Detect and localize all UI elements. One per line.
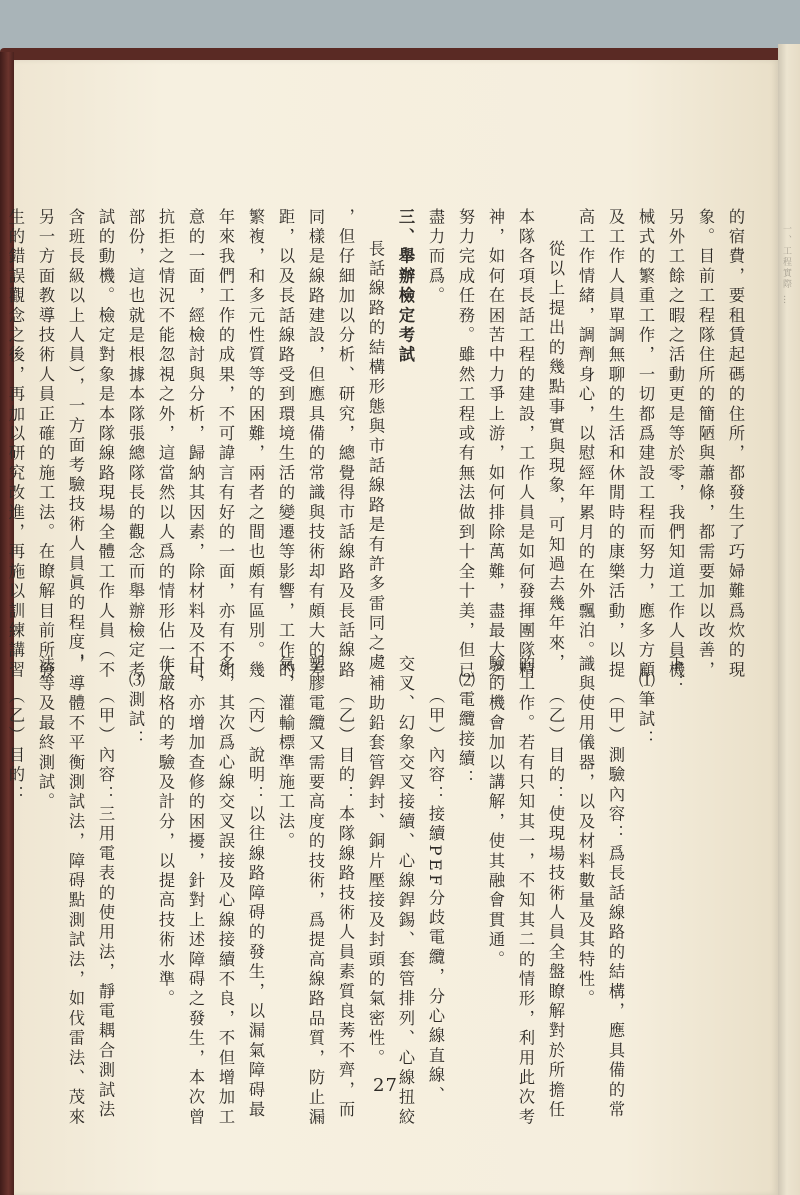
page-number: 27: [373, 1075, 398, 1096]
text-line: 努力完成任務。雖然工程或有無法做到十全十美，但已: [450, 208, 480, 638]
text-line: 作嚴格的考驗及計分，以提高技術水準。: [150, 655, 180, 1055]
text-line: 及工作人員單調無聊的生活和休閒時的康樂活動，以提: [600, 208, 630, 638]
text-line: 從以上提出的幾點事實與現象，可知過去幾年來，: [540, 208, 570, 638]
text-line: 另外工餘之暇之活動更是等於零，我們知道工作人員機: [660, 208, 690, 638]
text-line: 部份，這也就是根據本隊張總隊長的觀念而舉辦檢定考: [120, 208, 150, 638]
text-line: （丙）說明：以往線路障碍的發生，以漏氣障碍最: [240, 655, 270, 1055]
text-line: （甲）測驗內容：爲長話線路的結構，應具備的常: [600, 655, 630, 1055]
text-line: 年來我們工作的成果，不可諱言有好的一面，亦有不如: [210, 208, 240, 638]
text-line: （甲）內容：三用電表的使用法，靜電耦合測試法: [90, 655, 120, 1055]
text-line: 意的一面，經檢討與分析，歸納其因素，除材料及不可: [180, 208, 210, 638]
text-line: 生的錯誤觀念之後，再加以研究改進，再施以訓練講習: [0, 208, 30, 638]
text-line: 抗拒之情況不能忽視之外，這當然以人爲的情形佔一大: [150, 208, 180, 638]
text-line: 械式的繁重工作，一切都爲建設工程而努力，應多方顧: [630, 208, 660, 638]
text-line: 距，以及長話線路受到環境生活的變遷等影響，工作的: [270, 208, 300, 638]
text-line: 盡力而爲。: [420, 208, 450, 638]
section-heading: 三、舉辦檢定考試: [390, 208, 420, 638]
text-block-lower: 下：⑴筆試：（甲）測驗內容：爲長話線路的結構，應具備的常識與使用儀器，以及材料數…: [80, 655, 690, 1055]
text-line: 、補助鉛套管銲封、銅片壓接及封頭的氣密性。: [360, 655, 390, 1055]
text-line: （乙）目的：使現場技術人員全盤瞭解對於所擔任: [540, 655, 570, 1055]
text-line: 多，其次爲心線交叉誤接及心線接續不良，不但增加工: [210, 655, 240, 1055]
text-line: 同樣是線路建設，但應具備的常識與技術却有頗大的差: [300, 208, 330, 638]
text-line: 含班長級以上人員），一方面考驗技術人員眞的程度，: [60, 208, 90, 638]
text-line: （乙）目的：本隊線路技術人員素質良莠不齊，而: [330, 655, 360, 1055]
text-line: 法等及最終測試。: [30, 655, 60, 1055]
text-line: 繁複，和多元性質等的困難，兩者之間也頗有區別。幾: [240, 208, 270, 638]
text-line: 識與使用儀器，以及材料數量及其特性。: [570, 655, 600, 1055]
text-line: 神，如何在困苦中力爭上游，如何排除萬難，盡最大之: [480, 208, 510, 638]
text-line: 下：: [660, 655, 690, 1055]
text-line: 象。目前工程隊住所的簡陋與蕭條，都需要加以改善，: [690, 208, 720, 638]
text-line: ，但仔細加以分析、研究，總覺得市話線路及長話線路: [330, 208, 360, 638]
text-line: （乙）目的：: [0, 655, 30, 1055]
text-line: 塑膠電纜又需要高度的技術，爲提高線路品質，防止漏: [300, 655, 330, 1055]
adjacent-page-text: 一、工程實際 …: [782, 224, 789, 1124]
text-line: ⑴筆試：: [630, 655, 660, 1055]
text-line: ⑶測試：: [120, 655, 150, 1055]
text-line: 驗的機會加以講解，使其融會貫通。: [480, 655, 510, 1055]
text-line: （甲）內容：接續PEF分歧電纜，分心線直線、: [420, 655, 450, 1055]
text-line: 的宿費，要租賃起碼的住所，都發生了巧婦難爲炊的現: [720, 208, 750, 638]
text-line: ，導體不平衡測試法，障碍點測試法，如伐雷法、茂來: [60, 655, 90, 1055]
text-line: ⑵電纜接續：: [450, 655, 480, 1055]
text-line: 日，亦增加查修的困擾，針對上述障碍之發生，本次曾: [180, 655, 210, 1055]
text-line: 的工作。若有只知其一，不知其二的情形，利用此次考: [510, 655, 540, 1055]
text-line: 本隊各項長話工程的建設，工作人員是如何發揮團隊精: [510, 208, 540, 638]
text-line: 高工作情緒，調劑身心，以慰經年累月的在外飄泊。: [570, 208, 600, 638]
adjacent-page-edge: 一、工程實際 …: [778, 44, 800, 1195]
text-block-upper: 的宿費，要租賃起碼的住所，都發生了巧婦難爲炊的現象。目前工程隊住所的簡陋與蕭條，…: [80, 208, 750, 638]
text-line: 試的動機。檢定對象是本隊線路現場全體工作人員（不: [90, 208, 120, 638]
text-line: 氣，灌輸標準施工法。: [270, 655, 300, 1055]
text-line: 另一方面教導技術人員正確的施工法。在瞭解目前所發: [30, 208, 60, 638]
text-line: 長話線路的結構形態與市話線路是有許多雷同之處: [360, 208, 390, 638]
text-line: 交叉、幻象交叉接續、心線銲錫、套管排列、心線扭絞: [390, 655, 420, 1055]
